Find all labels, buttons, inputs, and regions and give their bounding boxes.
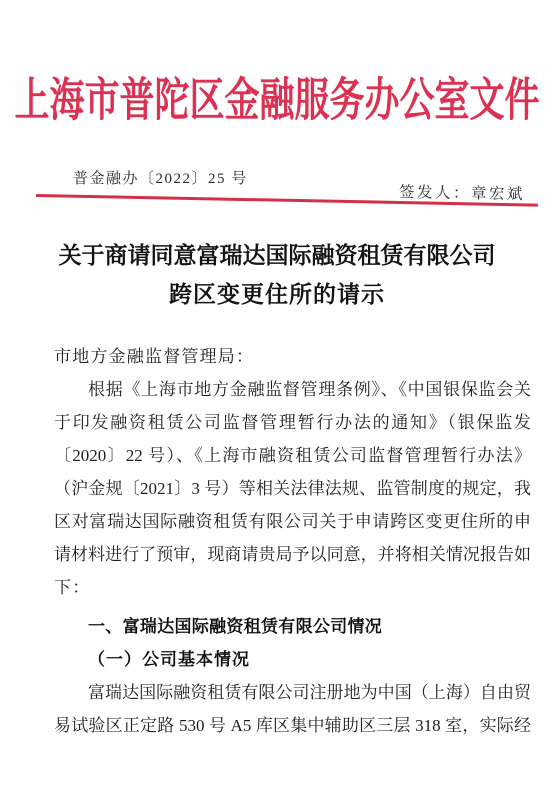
document-title: 关于商请同意富瑞达国际融资租赁有限公司 跨区变更住所的请示 bbox=[0, 236, 554, 314]
document-title-line1: 关于商请同意富瑞达国际融资租赁有限公司 bbox=[0, 236, 554, 275]
issuer-label: 签发人： bbox=[399, 184, 471, 202]
salutation-line: 市地方金融监督管理局： bbox=[54, 340, 531, 373]
issuer-name: 章宏斌 bbox=[471, 185, 525, 203]
body-line: 富瑞达国际融资租赁有限公司注册地为中国（上海）自由贸 bbox=[54, 676, 531, 709]
document-masthead: 上海市普陀区金融服务办公室文件 bbox=[0, 64, 554, 130]
document-title-line2: 跨区变更住所的请示 bbox=[0, 275, 554, 314]
body-line: 〔2020〕22 号）、《上海市融资租赁公司监督管理暂行办法》 bbox=[54, 439, 531, 472]
body-line: 请材料进行了预审，现商请贵局予以同意，并将相关情况报告如 bbox=[54, 538, 531, 571]
body-line: 区对富瑞达国际融资租赁有限公司关于申请跨区变更住所的申 bbox=[54, 505, 531, 538]
body-line: 于印发融资租赁公司监督管理暂行办法的通知》（银保监发 bbox=[54, 406, 531, 439]
subsection-heading: （一）公司基本情况 bbox=[54, 643, 531, 676]
section-heading: 一、富瑞达国际融资租赁有限公司情况 bbox=[54, 610, 531, 643]
body-line: 根据《上海市地方金融监督管理条例》、《中国银保监会关 bbox=[54, 373, 531, 406]
document-body: 市地方金融监督管理局： 根据《上海市地方金融监督管理条例》、《中国银保监会关 于… bbox=[54, 340, 531, 742]
body-line: 易试验区正定路 530 号 A5 库区集中辅助区三层 318 室，实际经 bbox=[54, 709, 531, 742]
document-page: 上海市普陀区金融服务办公室文件 普金融办〔2022〕25 号 签发人：章宏斌 关… bbox=[0, 0, 554, 791]
body-line: （沪金规〔2021〕3 号）等相关法律法规、监管制度的规定，我 bbox=[54, 472, 531, 505]
body-line: 下： bbox=[54, 571, 531, 604]
doc-number: 普金融办〔2022〕25 号 bbox=[73, 167, 248, 188]
